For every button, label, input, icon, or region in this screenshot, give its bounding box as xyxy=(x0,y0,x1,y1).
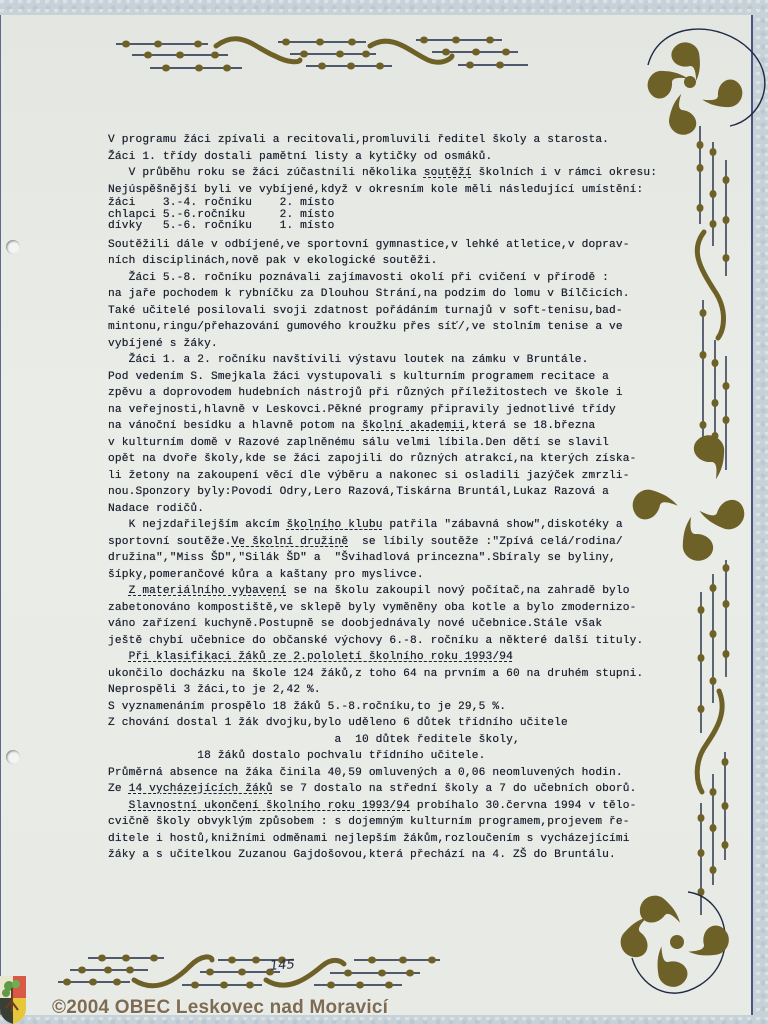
text-line: na vánoční besídku a hlavně potom na ško… xyxy=(108,418,668,435)
document-text: V programu žáci zpívali a recitovali,pro… xyxy=(108,132,668,864)
text-line: Nejúspěšnější byli ve vybíjené,když v ok… xyxy=(108,182,668,199)
underlined-phrase: 14 vycházejících žáků xyxy=(129,783,273,795)
coat-of-arms-icon xyxy=(0,974,26,1024)
underlined-phrase: Z materiálního vybavení xyxy=(129,585,287,597)
text-line: li žetony na zakoupení věcí dle výběru a… xyxy=(108,468,668,485)
text-line: na veřejnosti,hlavně v Leskovci.Pěkné pr… xyxy=(108,402,668,419)
text-line: družina","Miss ŠD","Silák ŠD" a "Švihadl… xyxy=(108,550,668,567)
text-line: Průměrná absence na žáka činila 40,59 om… xyxy=(108,765,668,782)
text-line: Nadace rodičů. xyxy=(108,501,668,518)
text-line: S vyznamenáním prospělo 18 žáků 5.-8.roč… xyxy=(108,699,668,716)
text-line: šípky,pomerančové kůra a kaštany pro mys… xyxy=(108,567,668,584)
text-line: K nejzdařilejším akcím školního klubu pa… xyxy=(108,517,668,534)
text-line: zpěvu a doprovodem hudebních nástrojů př… xyxy=(108,385,668,402)
text-line: V programu žáci zpívali a recitovali,pro… xyxy=(108,132,668,149)
text-line: Ze 14 vycházejících žáků se 7 dostalo na… xyxy=(108,781,668,798)
text-line: Žáci 1. třídy dostali pamětní listy a ky… xyxy=(108,149,668,166)
results-row: dívky 5.-6. ročníku 1. místo xyxy=(108,221,668,233)
underlined-phrase: Ve školní družině xyxy=(232,536,349,548)
text-line: Také učitelé posilovali svoji zdatnost p… xyxy=(108,303,668,320)
text-line: ních disciplinách,nově pak v ekologické … xyxy=(108,253,668,270)
text-line: Z chování dostal 1 žák dvojku,bylo uděle… xyxy=(108,715,668,732)
underlined-phrase: soutěží xyxy=(424,167,472,179)
text-line: ukončilo docházku na škole 124 žáků,z to… xyxy=(108,666,668,683)
text-line: Žáci 5.-8. ročníku poznávali zajímavosti… xyxy=(108,270,668,287)
text-line: ještě chybí učebnice do občanské výchovy… xyxy=(108,633,668,650)
text-line: vybíjené s žáky. xyxy=(108,336,668,353)
text-line: V průběhu roku se žáci zúčastnili několi… xyxy=(108,165,668,182)
text-line: 18 žáků dostalo pochvalu třídního učitel… xyxy=(108,748,668,765)
text-line: v kulturním domě v Razové zaplněnému sál… xyxy=(108,435,668,452)
text-line: Soutěžili dále v odbíjené,ve sportovní g… xyxy=(108,237,668,254)
results-row: žáci 3.-4. ročníku 2. místo xyxy=(108,198,668,210)
text-line: ditele i hostů,knižními odměnami nejlepš… xyxy=(108,831,668,848)
text-line: opět na dvoře školy,kde se žáci zapojili… xyxy=(108,451,668,468)
page-number: 145 xyxy=(270,957,296,974)
underlined-phrase: školní akademii xyxy=(362,420,465,432)
text-line: sportovní soutěže.Ve školní družině se l… xyxy=(108,534,668,551)
underlined-phrase: školního klubu xyxy=(286,519,382,531)
text-line: váno zařízení kuchyně.Postupně se doobje… xyxy=(108,616,668,633)
underlined-phrase: Při klasifikaci žáků ze 2.pololetí školn… xyxy=(129,651,513,663)
text-line: a 10 důtek ředitele školy, xyxy=(108,732,668,749)
text-line: Slavnostní ukončení školního roku 1993/9… xyxy=(108,798,668,815)
text-line: Neprospěli 3 žáci,to je 2,42 %. xyxy=(108,682,668,699)
underlined-phrase: Slavnostní ukončení školního roku 1993/9… xyxy=(129,800,410,812)
text-line: nou.Sponzory byly:Povodí Odry,Lero Razov… xyxy=(108,484,668,501)
footer: ©2004 OBEC Leskovec nad Moravicí xyxy=(0,990,768,1024)
text-line: žáky a s učitelkou Zuzanou Gajdošovou,kt… xyxy=(108,847,668,864)
text-line: na jaře pochodem k rybníčku za Dlouhou S… xyxy=(108,286,668,303)
text-line: zabetonováno kompostiště,ve sklepě byly … xyxy=(108,600,668,617)
text-line: Žáci 1. a 2. ročníku navštívili výstavu … xyxy=(108,352,668,369)
text-line: Pod vedením S. Smejkala žáci vystupovali… xyxy=(108,369,668,386)
copyright-text: ©2004 OBEC Leskovec nad Moravicí xyxy=(52,997,388,1019)
text-line: Z materiálního vybavení se na školu zako… xyxy=(108,583,668,600)
text-line: mintonu,ringu/přehazování gumového krouž… xyxy=(108,319,668,336)
text-line: Při klasifikaci žáků ze 2.pololetí školn… xyxy=(108,649,668,666)
text-line: cvičně školy obvyklým způsobem : s dojem… xyxy=(108,814,668,831)
